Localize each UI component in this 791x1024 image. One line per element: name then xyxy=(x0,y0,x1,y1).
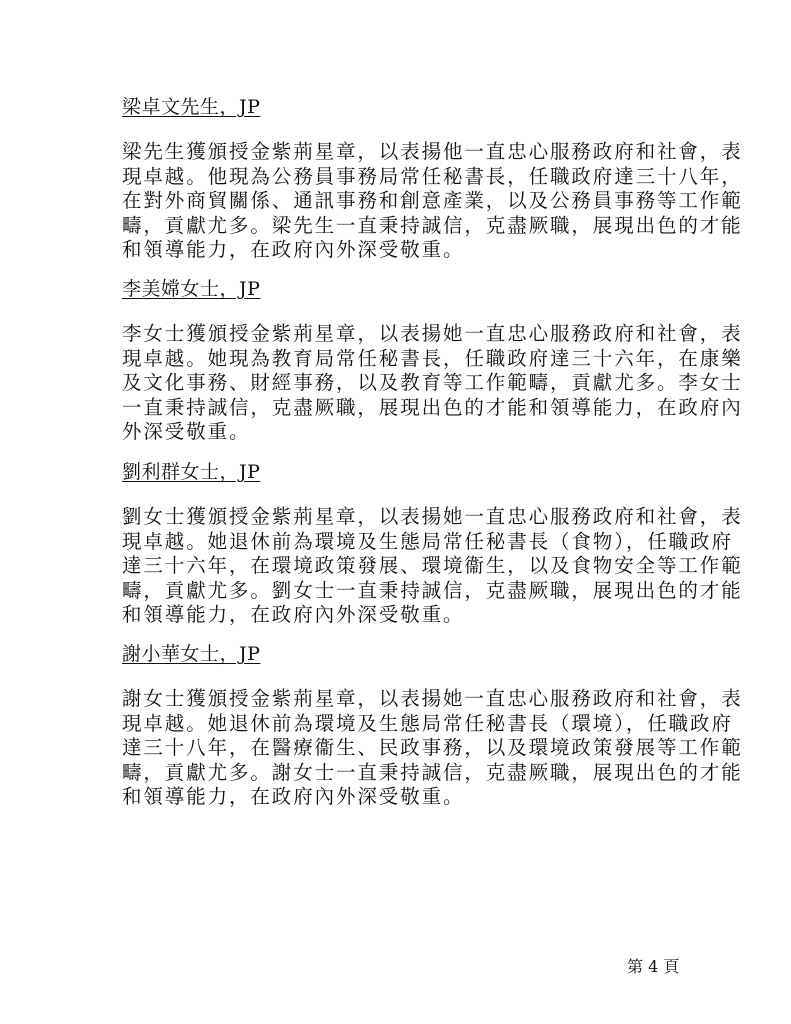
section-lee: 李美嫦女士，JP 李女士獲頒授金紫荊星章，以表揚她一直忠心服務政府和社會，表 現… xyxy=(122,277,694,445)
section-paragraph: 梁先生獲頒授金紫荊星章，以表揚他一直忠心服務政府和社會，表 現卓越。他現為公務員… xyxy=(122,140,694,263)
paragraph-line: 達三十六年，在環境政策發展、環境衞生，以及食物安全等工作範 xyxy=(122,554,694,579)
paragraph-line: 謝女士獲頒授金紫荊星章，以表揚她一直忠心服務政府和社會，表 xyxy=(122,687,694,712)
section-lau: 劉利群女士，JP 劉女士獲頒授金紫荊星章，以表揚她一直忠心服務政府和社會，表 現… xyxy=(122,460,694,628)
paragraph-line: 在對外商貿關係、通訊事務和創意產業，以及公務員事務等工作範 xyxy=(122,189,694,214)
section-heading: 梁卓文先生，JP xyxy=(122,95,694,119)
paragraph-line: 外深受敬重。 xyxy=(122,420,694,445)
paragraph-line: 梁先生獲頒授金紫荊星章，以表揚他一直忠心服務政府和社會，表 xyxy=(122,140,694,165)
page-number: 第 4 頁 xyxy=(627,957,679,977)
section-paragraph: 李女士獲頒授金紫荊星章，以表揚她一直忠心服務政府和社會，表 現卓越。她現為教育局… xyxy=(122,322,694,445)
section-heading: 劉利群女士，JP xyxy=(122,460,694,484)
paragraph-line: 和領導能力，在政府內外深受敬重。 xyxy=(122,603,694,628)
paragraph-line: 疇，貢獻尤多。劉女士一直秉持誠信，克盡厥職，展現出色的才能 xyxy=(122,579,694,604)
paragraph-line: 現卓越。他現為公務員事務局常任秘書長，任職政府達三十八年， xyxy=(122,165,694,190)
document-page: 梁卓文先生，JP 梁先生獲頒授金紫荊星章，以表揚他一直忠心服務政府和社會，表 現… xyxy=(0,0,791,1024)
section-paragraph: 謝女士獲頒授金紫荊星章，以表揚她一直忠心服務政府和社會，表 現卓越。她退休前為環… xyxy=(122,687,694,810)
paragraph-line: 現卓越。她退休前為環境及生態局常任秘書長（食物），任職政府 xyxy=(122,530,694,555)
paragraph-line: 現卓越。她現為教育局常任秘書長，任職政府達三十六年，在康樂 xyxy=(122,347,694,372)
paragraph-line: 達三十八年，在醫療衞生、民政事務，以及環境政策發展等工作範 xyxy=(122,736,694,761)
paragraph-line: 及文化事務、財經事務，以及教育等工作範疇，貢獻尤多。李女士 xyxy=(122,371,694,396)
paragraph-line: 劉女士獲頒授金紫荊星章，以表揚她一直忠心服務政府和社會，表 xyxy=(122,505,694,530)
paragraph-line: 和領導能力，在政府內外深受敬重。 xyxy=(122,238,694,263)
section-tse: 謝小華女士，JP 謝女士獲頒授金紫荊星章，以表揚她一直忠心服務政府和社會，表 現… xyxy=(122,642,694,810)
section-heading: 李美嫦女士，JP xyxy=(122,277,694,301)
section-leung: 梁卓文先生，JP 梁先生獲頒授金紫荊星章，以表揚他一直忠心服務政府和社會，表 現… xyxy=(122,95,694,263)
paragraph-line: 和領導能力，在政府內外深受敬重。 xyxy=(122,785,694,810)
paragraph-line: 現卓越。她退休前為環境及生態局常任秘書長（環境），任職政府 xyxy=(122,712,694,737)
section-heading: 謝小華女士，JP xyxy=(122,642,694,666)
paragraph-line: 一直秉持誠信，克盡厥職，展現出色的才能和領導能力，在政府內 xyxy=(122,396,694,421)
paragraph-line: 疇，貢獻尤多。謝女士一直秉持誠信，克盡厥職，展現出色的才能 xyxy=(122,761,694,786)
section-paragraph: 劉女士獲頒授金紫荊星章，以表揚她一直忠心服務政府和社會，表 現卓越。她退休前為環… xyxy=(122,505,694,628)
paragraph-line: 疇，貢獻尤多。梁先生一直秉持誠信，克盡厥職，展現出色的才能 xyxy=(122,214,694,239)
paragraph-line: 李女士獲頒授金紫荊星章，以表揚她一直忠心服務政府和社會，表 xyxy=(122,322,694,347)
